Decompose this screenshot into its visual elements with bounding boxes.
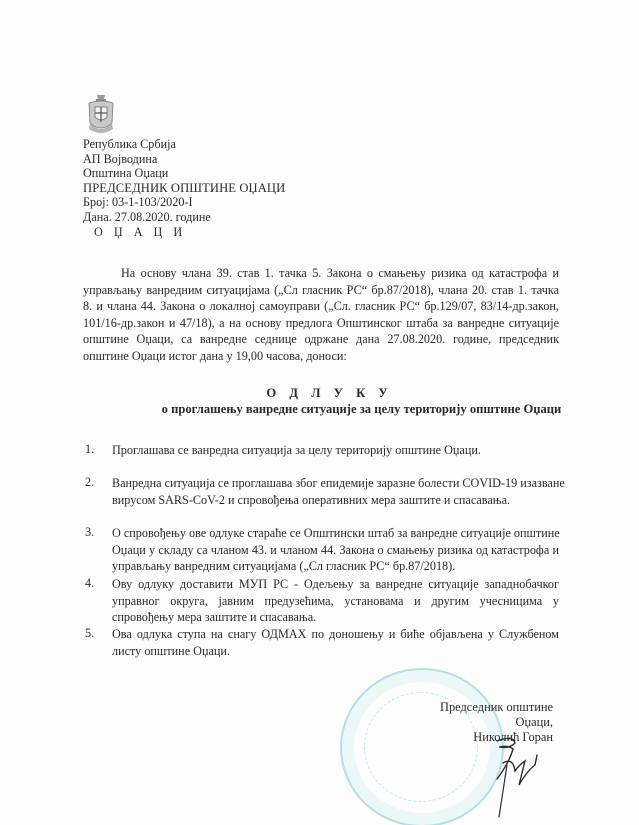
header-reference-number: Број: 03-1-103/2020-I bbox=[83, 195, 285, 210]
item-number: 4. bbox=[85, 576, 107, 591]
header-country: Република Србија bbox=[83, 137, 285, 152]
item-text-line: спровођењу мера заштите и спасавања. bbox=[112, 609, 559, 626]
letterhead: Република Србија АП Војводина Општина Оџ… bbox=[83, 137, 285, 239]
document-page: Република Србија АП Војводина Општина Оџ… bbox=[0, 0, 639, 825]
item-number: 1. bbox=[85, 442, 107, 457]
preamble-line: 101/16-др.закон и 47/18), а на основу пр… bbox=[83, 315, 559, 332]
item-text-line: Ову одлуку доставити МУП РС - Одељењу за… bbox=[112, 576, 559, 593]
item-text-line: листу општине Оџаци. bbox=[112, 643, 559, 660]
item-text-line: управног округа, јавним предузећима, уст… bbox=[112, 593, 559, 610]
preamble-line: општине Оџаци, са ванредне седнице одржа… bbox=[83, 331, 559, 348]
item-text-line: О спровођењу ове одлуке стараће се Општи… bbox=[112, 525, 559, 542]
preamble-line: На основу члана 39. став 1. тачка 5. Зак… bbox=[83, 265, 559, 282]
preamble-line: управљању ванредним ситуацијама („Сл гла… bbox=[83, 282, 559, 299]
signatory-title: Председник општине Оџаци, bbox=[405, 700, 553, 730]
preamble-line: општине Оџаци истог дана у 19,00 часова,… bbox=[83, 348, 559, 365]
handwritten-signature-icon bbox=[485, 735, 555, 820]
item-text-line: управљању ванредним ситуацијама („Сл гла… bbox=[112, 558, 559, 575]
item-text-line: вирусом SARS-CoV-2 и спровођења оператив… bbox=[112, 492, 559, 509]
preamble-paragraph: На основу члана 39. став 1. тачка 5. Зак… bbox=[83, 265, 559, 365]
item-number: 3. bbox=[85, 525, 107, 540]
item-number: 5. bbox=[85, 626, 107, 641]
header-city: О Џ А Ц И bbox=[83, 225, 285, 240]
item-text-line: Проглашава се ванредна ситуација за целу… bbox=[112, 442, 559, 459]
header-province: АП Војводина bbox=[83, 152, 285, 167]
item-number: 2. bbox=[85, 475, 107, 490]
decision-title: О Д Л У К У bbox=[0, 386, 639, 401]
official-stamp bbox=[340, 668, 504, 825]
header-municipality: Општина Оџаци bbox=[83, 166, 285, 181]
preamble-line: 8. и члана 44. Закона о локалној самоупр… bbox=[83, 298, 559, 315]
item-text-line: Оџаци у складу са чланом 43. и чланом 44… bbox=[112, 542, 559, 559]
coat-of-arms-icon bbox=[86, 93, 116, 135]
header-date: Дана. 27.08.2020. године bbox=[83, 210, 285, 225]
header-office: ПРЕДСЕДНИК ОПШТИНЕ ОЏАЦИ bbox=[83, 181, 285, 196]
item-text-line: Ова одлука ступа на снагу ОДМАХ по донош… bbox=[112, 626, 559, 643]
decision-subtitle: о проглашењу ванредне ситуације за целу … bbox=[0, 402, 639, 417]
item-text-line: Ванредна ситуација се проглашава због еп… bbox=[112, 475, 559, 492]
